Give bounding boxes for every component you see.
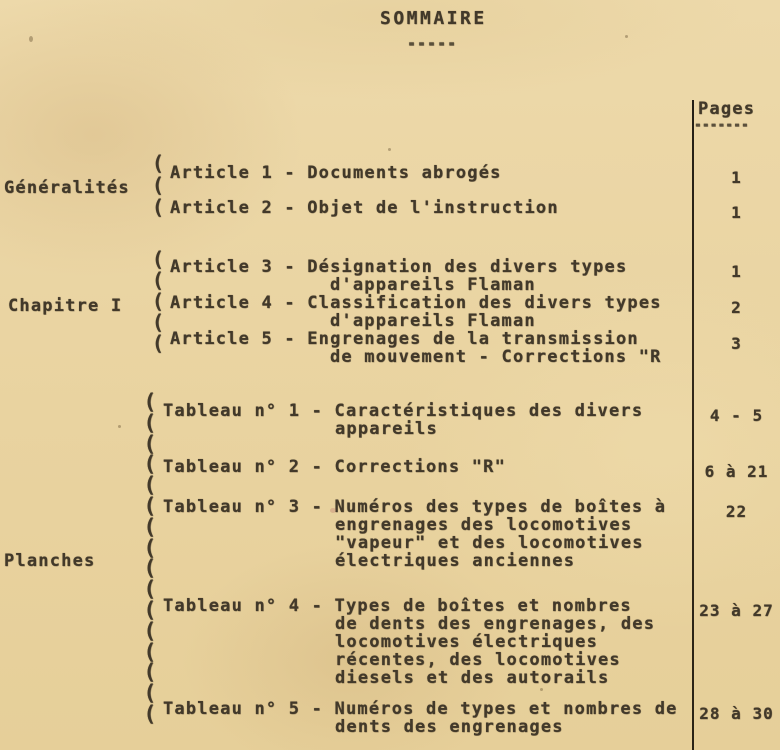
paper-speck — [330, 508, 336, 513]
toc-entry-line: Article 1 - Documents abrogés — [170, 164, 710, 182]
toc-entry-line: Article 3 - Désignation des divers types — [170, 258, 710, 276]
toc-entry-line: Article 2 - Objet de l'instruction — [170, 199, 710, 217]
paper-speck — [625, 35, 628, 38]
toc-entry-line: appareils — [335, 420, 703, 438]
page-title: SOMMAIRE — [380, 8, 487, 29]
toc-entry-line: locomotives électriques — [335, 633, 703, 651]
page-number: 1 — [693, 262, 780, 281]
paper-speck — [118, 425, 121, 428]
page-number: 28 à 30 — [693, 704, 780, 723]
toc-entry-line: Tableau n° 1 - Caractéristiques des dive… — [163, 402, 703, 420]
document-page: SOMMAIRE ----- Pages ------- Généralités… — [0, 0, 780, 750]
page-number: 3 — [693, 334, 780, 353]
pages-header-underline: ------- — [694, 114, 749, 137]
toc-entry-line: Tableau n° 2 - Corrections "R" — [163, 458, 703, 476]
page-number: 6 à 21 — [693, 462, 780, 481]
page-number: 1 — [693, 168, 780, 187]
toc-entry-line: d'appareils Flaman — [330, 276, 710, 294]
toc-entry-tableau-3: Tableau n° 3 - Numéros des types de boît… — [163, 498, 703, 570]
toc-entry-line: de mouvement - Corrections "R — [330, 348, 710, 366]
section-label-chapitre-1: Chapitre I — [8, 296, 122, 316]
toc-entry-line: Article 5 - Engrenages de la transmissio… — [170, 330, 710, 348]
toc-entry-article-5: Article 5 - Engrenages de la transmissio… — [170, 330, 710, 366]
paper-speck — [388, 148, 391, 151]
section-label-planches: Planches — [4, 551, 95, 571]
toc-entry-line: engrenages des locomotives — [335, 516, 703, 534]
toc-entry-tableau-5: Tableau n° 5 - Numéros de types et nombr… — [163, 700, 703, 736]
page-number: 1 — [693, 203, 780, 222]
toc-entry-line: Article 4 - Classification des divers ty… — [170, 294, 710, 312]
toc-entry-line: Tableau n° 4 - Types de boîtes et nombre… — [163, 597, 703, 615]
toc-entry-line: dents des engrenages — [335, 718, 703, 736]
page-number: 22 — [693, 502, 780, 521]
paper-speck — [540, 688, 543, 691]
page-number: 23 à 27 — [693, 601, 780, 620]
brace-generalites: ( ( ( — [151, 152, 165, 218]
title-underline: ----- — [407, 30, 457, 57]
toc-entry-article-4: Article 4 - Classification des divers ty… — [170, 294, 710, 330]
toc-entry-article-1: Article 1 - Documents abrogés — [170, 164, 710, 182]
page-number: 4 - 5 — [693, 406, 780, 425]
toc-entry-line: récentes, des locomotives — [335, 651, 703, 669]
brace-chapitre-1: ( ( ( ( ( — [151, 249, 165, 354]
toc-entry-line: diesels et des autorails — [335, 669, 703, 687]
toc-entry-line: électriques anciennes — [335, 552, 703, 570]
toc-entry-line: de dents des engrenages, des — [335, 615, 703, 633]
section-label-generalites: Généralités — [4, 178, 130, 198]
page-number: 2 — [693, 298, 780, 317]
toc-entry-article-3: Article 3 - Désignation des divers types… — [170, 258, 710, 294]
toc-entry-article-2: Article 2 - Objet de l'instruction — [170, 199, 710, 217]
toc-entry-line: "vapeur" et des locomotives — [335, 534, 703, 552]
toc-entry-tableau-1: Tableau n° 1 - Caractéristiques des dive… — [163, 402, 703, 438]
toc-entry-tableau-4: Tableau n° 4 - Types de boîtes et nombre… — [163, 597, 703, 687]
toc-entry-line: Tableau n° 3 - Numéros des types de boît… — [163, 498, 703, 516]
toc-entry-line: d'appareils Flaman — [330, 312, 710, 330]
brace-planches: ( ( ( ( ( ( ( ( ( ( ( ( ( ( ( ( — [143, 392, 157, 725]
toc-entry-tableau-2: Tableau n° 2 - Corrections "R" — [163, 458, 703, 476]
paper-speck — [29, 36, 33, 42]
toc-entry-line: Tableau n° 5 - Numéros de types et nombr… — [163, 700, 703, 718]
